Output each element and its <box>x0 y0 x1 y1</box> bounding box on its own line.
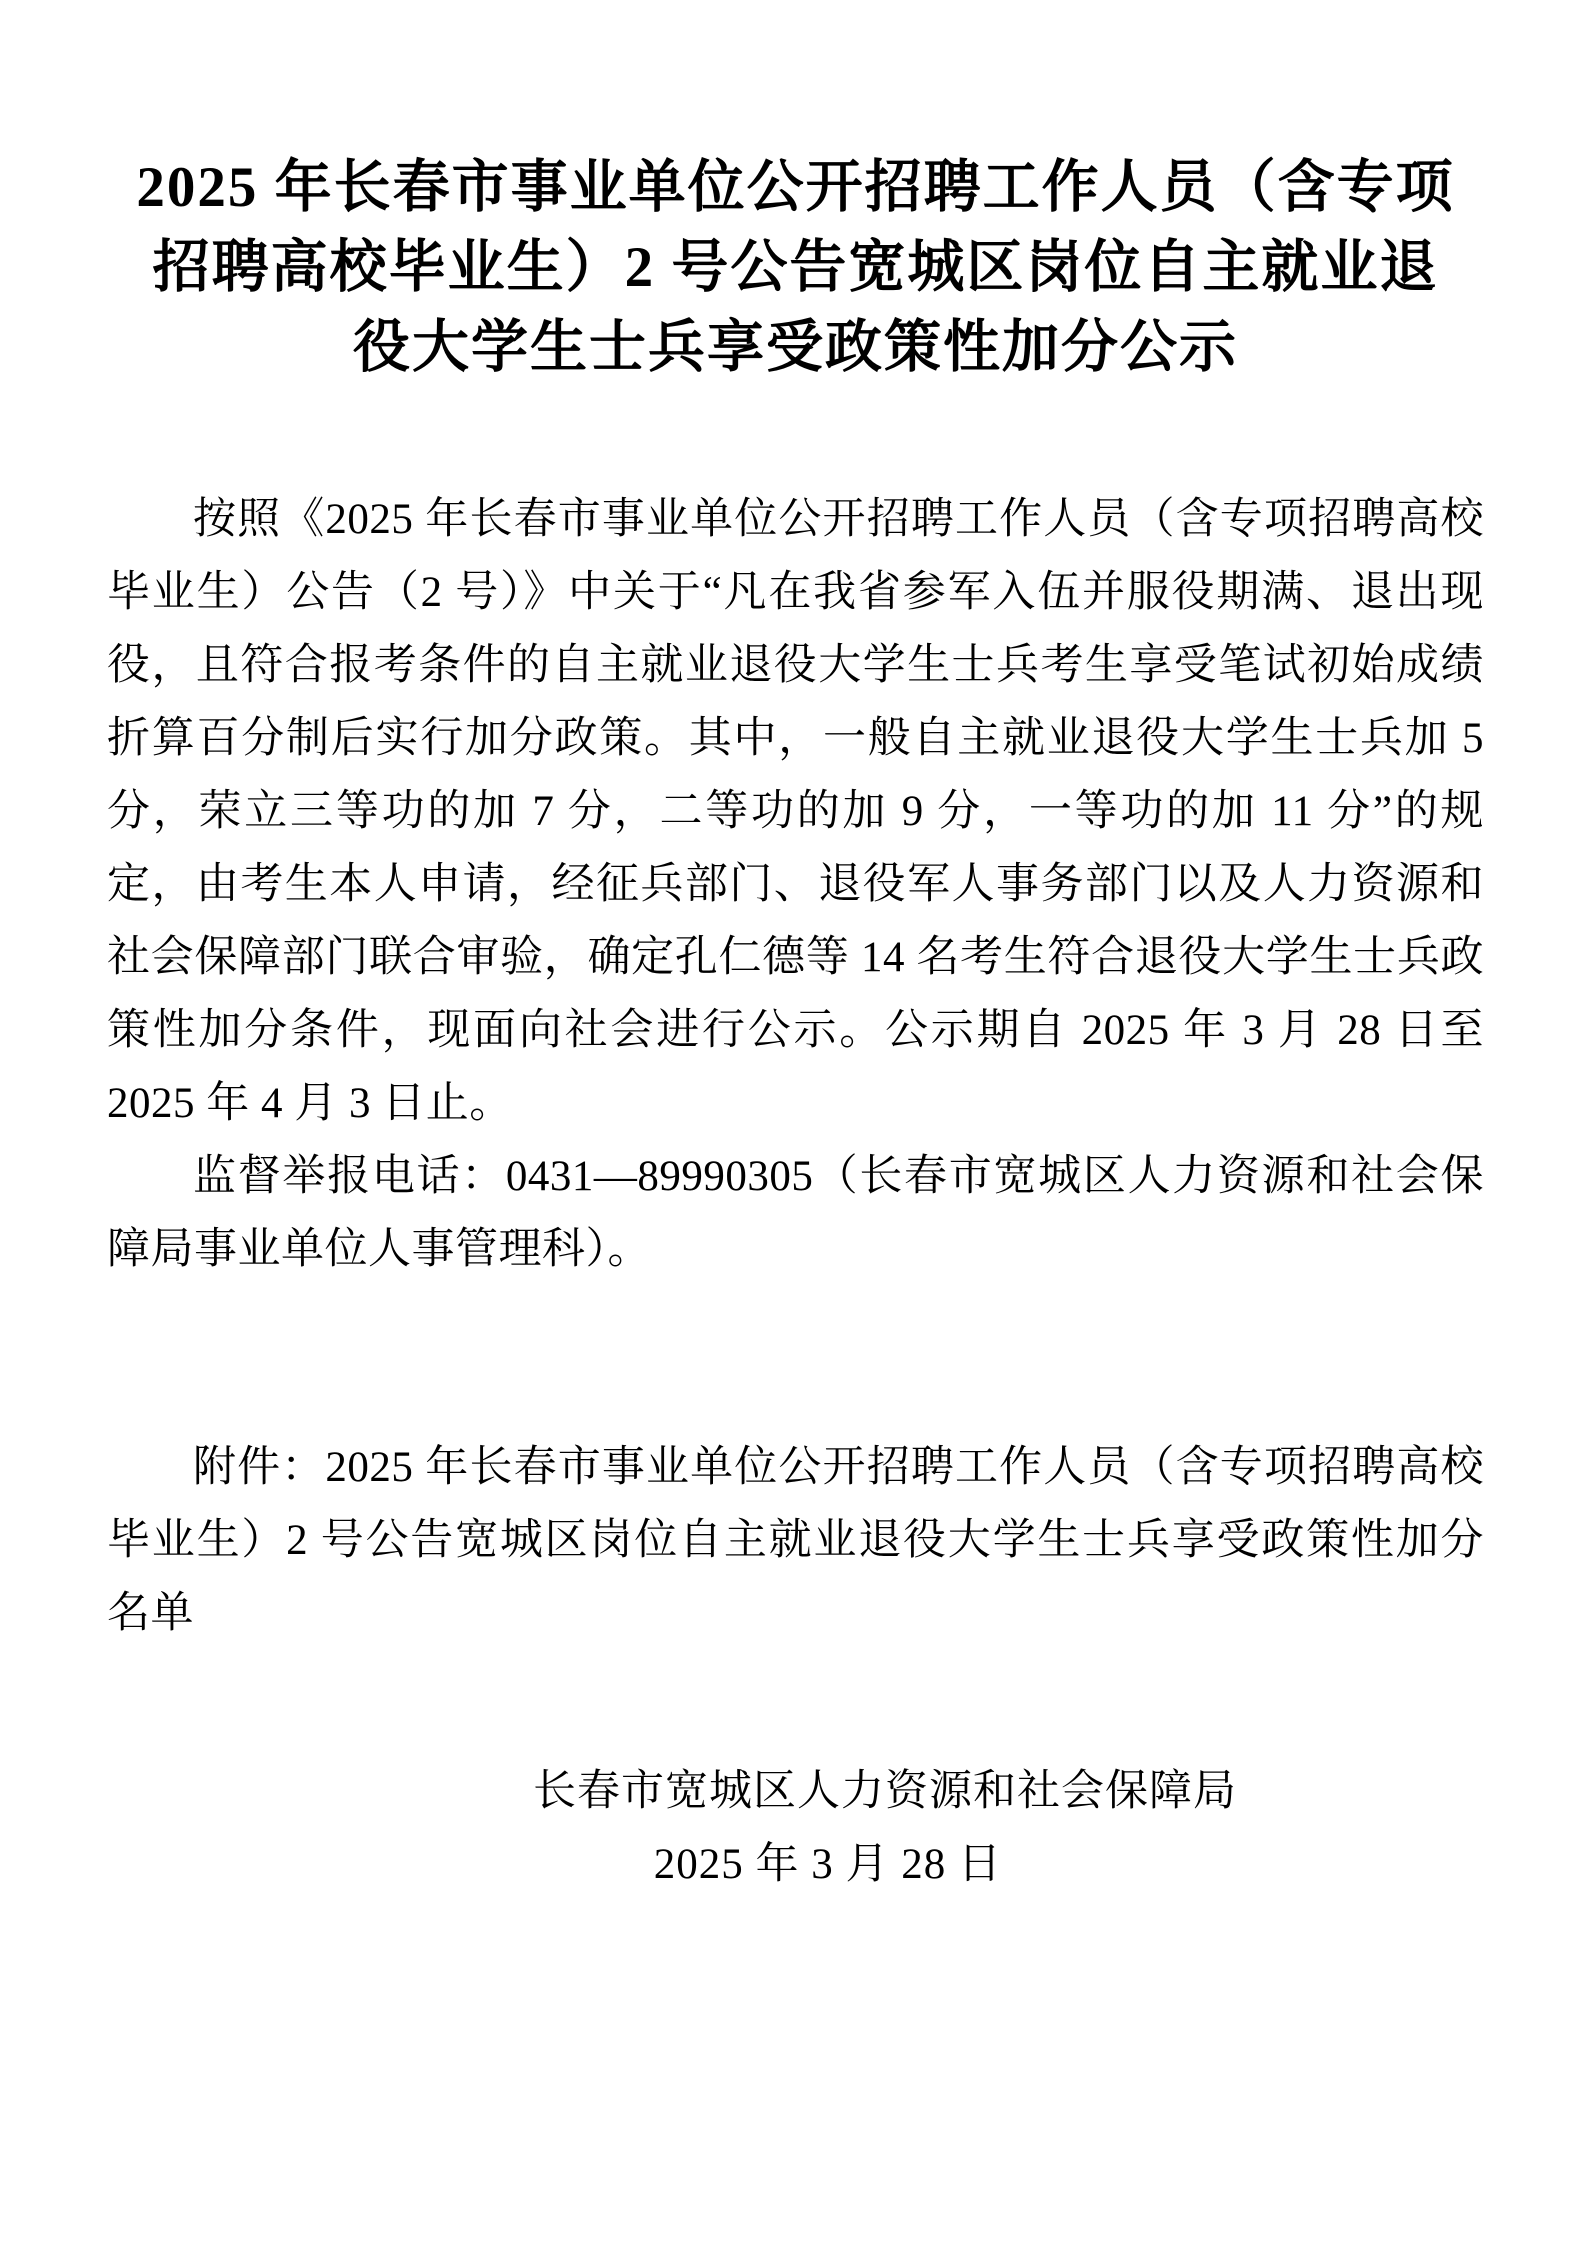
signature-block: 长春市宽城区人力资源和社会保障局 2025 年 3 月 28 日 <box>107 1755 1484 1901</box>
issue-date: 2025 年 3 月 28 日 <box>107 1828 1484 1901</box>
body-paragraph-hotline: 监督举报电话：0431—89990305（长春市宽城区人力资源和社会保障局事业单… <box>107 1140 1484 1286</box>
issuer-signature: 长春市宽城区人力资源和社会保障局 <box>107 1755 1484 1828</box>
document-title-line-3: 役大学生士兵享受政策性加分公示 <box>107 308 1484 388</box>
document-page: 2025 年长春市事业单位公开招聘工作人员（含专项 招聘高校毕业生）2 号公告宽… <box>0 0 1587 2245</box>
document-title: 2025 年长春市事业单位公开招聘工作人员（含专项 招聘高校毕业生）2 号公告宽… <box>107 148 1484 388</box>
body-paragraph-attachment: 附件：2025 年长春市事业单位公开招聘工作人员（含专项招聘高校毕业生）2 号公… <box>107 1431 1484 1650</box>
document-title-line-2: 招聘高校毕业生）2 号公告宽城区岗位自主就业退 <box>107 228 1484 308</box>
document-title-line-1: 2025 年长春市事业单位公开招聘工作人员（含专项 <box>107 148 1484 228</box>
body-paragraph-policy: 按照《2025 年长春市事业单位公开招聘工作人员（含专项招聘高校毕业生）公告（2… <box>107 483 1484 1140</box>
